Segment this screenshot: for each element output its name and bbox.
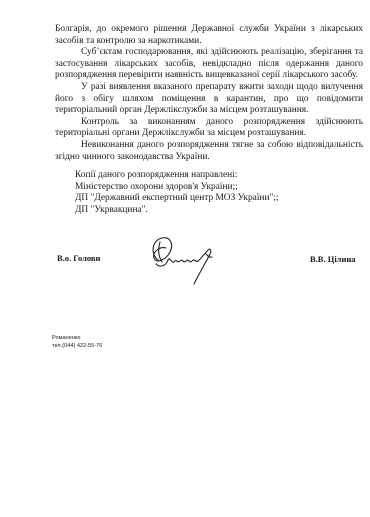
executor-name: Романенко [52,334,102,342]
copies-list: Копії даного розпорядження направлені: М… [75,170,279,216]
paragraph-liability: Невиконання даного розпорядження тягне з… [55,140,363,163]
copies-recipient: ДП "Укрвакцина". [75,205,279,217]
copies-recipient: Міністерство охорони здоров'я України;; [75,182,279,194]
signatory-position: В.о. Голови [57,253,100,263]
document-body: Болгарія, до окремого рішення Державної … [55,24,363,163]
executor-phone: тел.(044) 422-55-76 [52,342,102,350]
signatory-name: В.В. Цілина [310,254,356,264]
executor-info: Романенко тел.(044) 422-55-76 [52,334,102,350]
paragraph-continuation: Болгарія, до окремого рішення Державної … [55,24,363,47]
copies-heading: Копії даного розпорядження направлені: [75,170,279,182]
handwritten-signature-icon [146,230,218,288]
document-page: Болгарія, до окремого рішення Державної … [0,0,370,517]
paragraph-control: Контроль за виконанням даного розпорядже… [55,117,363,140]
paragraph-quarantine: У разі виявлення вказаного препарату вжи… [55,82,363,117]
copies-recipient: ДП "Державний експертний центр МОЗ Украї… [75,193,279,205]
paragraph-business-entities: Суб’єктам господарювання, які здійснюють… [55,47,363,82]
